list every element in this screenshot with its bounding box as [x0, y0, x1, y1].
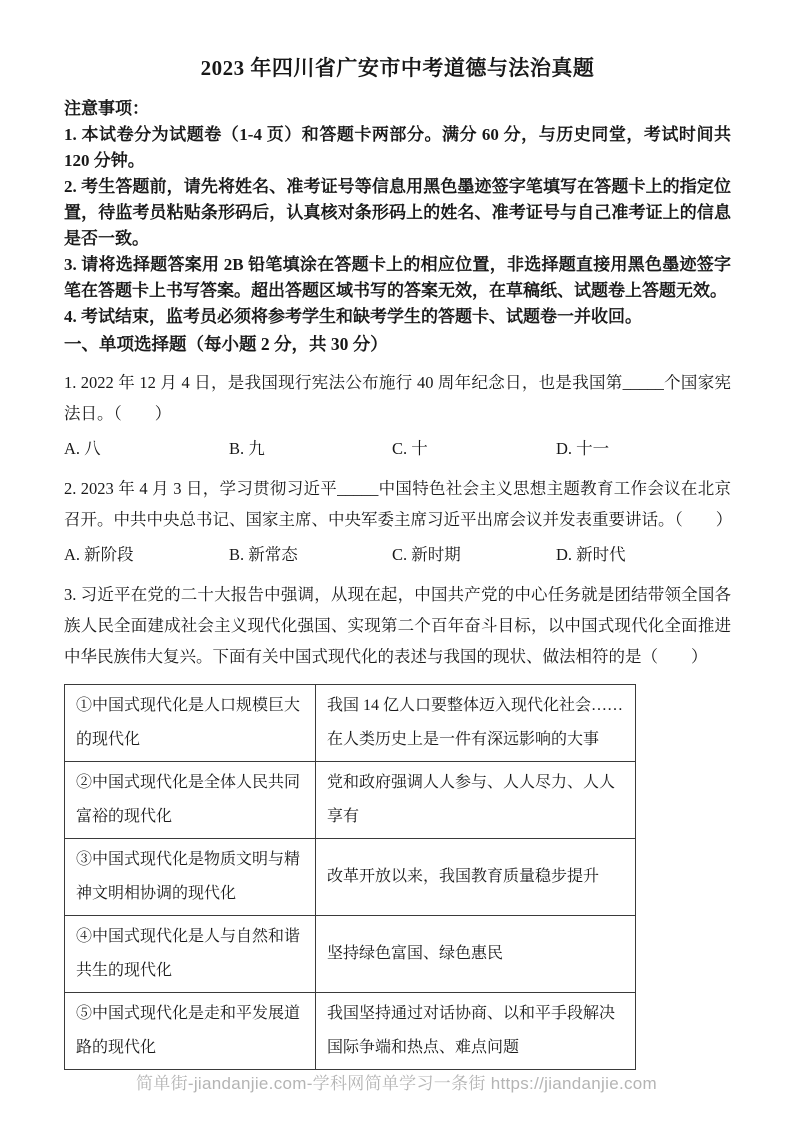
notice-heading: 注意事项： — [64, 96, 731, 122]
question-1-stem: 1. 2022 年 12 月 4 日，是我国现行宪法公布施行 40 周年纪念日，… — [64, 367, 731, 429]
notice-item-4: 4. 考试结束，监考员必须将参考学生和缺考学生的答题卡、试题卷一并收回。 — [64, 304, 731, 330]
question-1-option-c: C. 十 — [392, 434, 556, 464]
question-2-stem: 2. 2023 年 4 月 3 日，学习贯彻习近平_____中国特色社会主义思想… — [64, 473, 731, 535]
question-2: 2. 2023 年 4 月 3 日，学习贯彻习近平_____中国特色社会主义思想… — [64, 473, 731, 570]
notice-item-1: 1. 本试卷分为试题卷（1-4 页）和答题卡两部分。满分 60 分，与历史同堂，… — [64, 122, 731, 174]
table-cell-statement: ④中国式现代化是人与自然和谐共生的现代化 — [65, 916, 316, 993]
question-1: 1. 2022 年 12 月 4 日，是我国现行宪法公布施行 40 周年纪念日，… — [64, 367, 731, 464]
exam-page: 2023 年四川省广安市中考道德与法治真题 注意事项： 1. 本试卷分为试题卷（… — [0, 0, 793, 1070]
table-cell-statement: ⑤中国式现代化是走和平发展道路的现代化 — [65, 993, 316, 1070]
table-cell-fact: 改革开放以来，我国教育质量稳步提升 — [316, 839, 636, 916]
section-heading-choice: 一、单项选择题（每小题 2 分，共 30 分） — [64, 331, 731, 358]
table-row: ①中国式现代化是人口规模巨大的现代化 我国 14 亿人口要整体迈入现代化社会……… — [65, 685, 636, 762]
notice-item-3: 3. 请将选择题答案用 2B 铅笔填涂在答题卡上的相应位置，非选择题直接用黑色墨… — [64, 252, 731, 304]
notice-item-2: 2. 考生答题前，请先将姓名、准考证号等信息用黑色墨迹签字笔填写在答题卡上的指定… — [64, 174, 731, 252]
table-cell-statement: ②中国式现代化是全体人民共同富裕的现代化 — [65, 762, 316, 839]
notice-section: 注意事项： 1. 本试卷分为试题卷（1-4 页）和答题卡两部分。满分 60 分，… — [64, 96, 731, 330]
question-2-option-a: A. 新阶段 — [64, 540, 229, 570]
question-3-table: ①中国式现代化是人口规模巨大的现代化 我国 14 亿人口要整体迈入现代化社会……… — [64, 684, 636, 1070]
question-2-option-b: B. 新常态 — [229, 540, 392, 570]
footer-watermark: 简单街-jiandanjie.com-学科网简单学习一条街 https://ji… — [0, 1069, 793, 1094]
table-cell-fact: 我国 14 亿人口要整体迈入现代化社会……在人类历史上是一件有深远影响的大事 — [316, 685, 636, 762]
question-1-option-a: A. 八 — [64, 434, 229, 464]
table-row: ③中国式现代化是物质文明与精神文明相协调的现代化 改革开放以来，我国教育质量稳步… — [65, 839, 636, 916]
question-3-stem: 3. 习近平在党的二十大报告中强调，从现在起，中国共产党的中心任务就是团结带领全… — [64, 579, 731, 672]
table-cell-statement: ③中国式现代化是物质文明与精神文明相协调的现代化 — [65, 839, 316, 916]
page-title: 2023 年四川省广安市中考道德与法治真题 — [64, 52, 731, 84]
table-cell-fact: 我国坚持通过对话协商、以和平手段解决国际争端和热点、难点问题 — [316, 993, 636, 1070]
question-1-option-d: D. 十一 — [556, 434, 731, 464]
table-row: ②中国式现代化是全体人民共同富裕的现代化 党和政府强调人人参与、人人尽力、人人享… — [65, 762, 636, 839]
question-2-options: A. 新阶段 B. 新常态 C. 新时期 D. 新时代 — [64, 540, 731, 570]
question-1-options: A. 八 B. 九 C. 十 D. 十一 — [64, 434, 731, 464]
table-cell-fact: 党和政府强调人人参与、人人尽力、人人享有 — [316, 762, 636, 839]
table-cell-statement: ①中国式现代化是人口规模巨大的现代化 — [65, 685, 316, 762]
question-1-option-b: B. 九 — [229, 434, 392, 464]
question-2-option-c: C. 新时期 — [392, 540, 556, 570]
question-2-option-d: D. 新时代 — [556, 540, 731, 570]
table-row: ④中国式现代化是人与自然和谐共生的现代化 坚持绿色富国、绿色惠民 — [65, 916, 636, 993]
question-3: 3. 习近平在党的二十大报告中强调，从现在起，中国共产党的中心任务就是团结带领全… — [64, 579, 731, 1070]
table-cell-fact: 坚持绿色富国、绿色惠民 — [316, 916, 636, 993]
table-row: ⑤中国式现代化是走和平发展道路的现代化 我国坚持通过对话协商、以和平手段解决国际… — [65, 993, 636, 1070]
